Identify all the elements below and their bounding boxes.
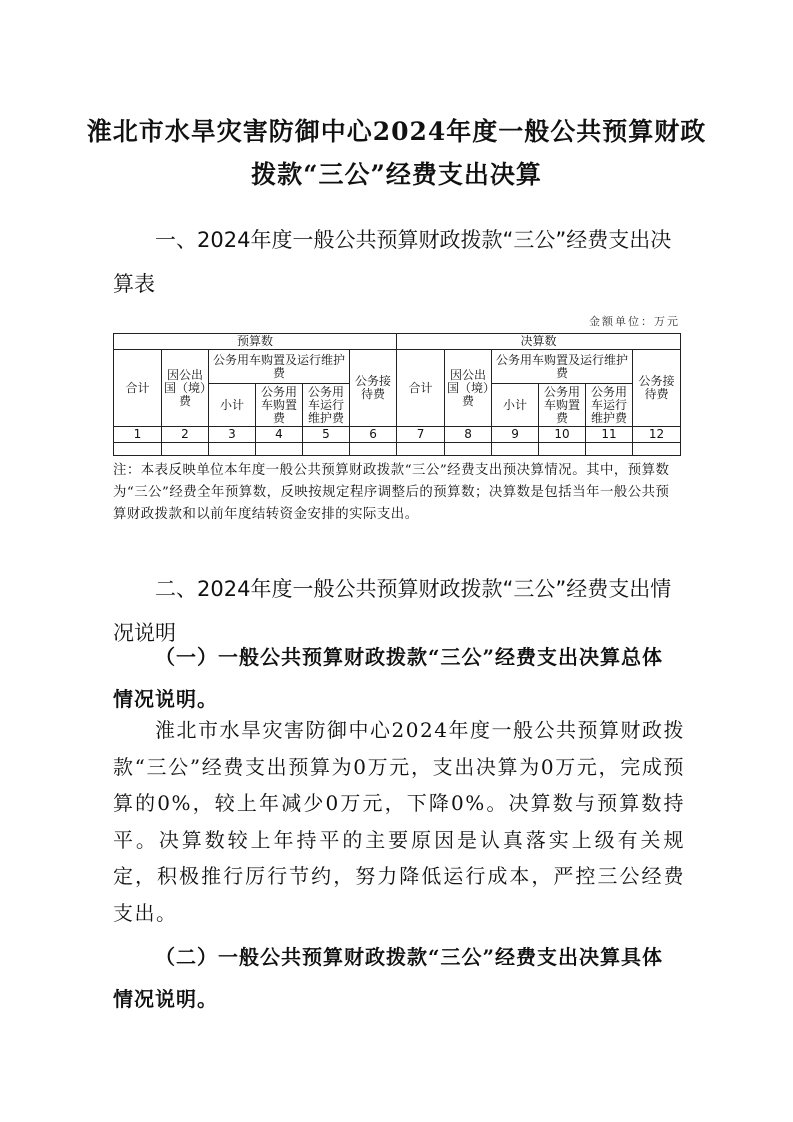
column-number: 9 (492, 427, 539, 443)
table-cell (445, 443, 492, 456)
final-vehicle-group-header: 公务用车购置及运行维护费 (492, 350, 633, 384)
column-number: 2 (162, 427, 209, 443)
final-subtotal-header: 小计 (492, 384, 539, 427)
three-public-expenses-table: 预算数 决算数 合计 因公出国（境）费 公务用车购置及运行维护费 公务接待费 合… (113, 333, 681, 456)
column-number: 7 (397, 427, 445, 443)
column-number: 1 (114, 427, 162, 443)
table-cell (397, 443, 445, 456)
table-header-row: 合计 因公出国（境）费 公务用车购置及运行维护费 公务接待费 合计 因公出国（境… (114, 350, 681, 384)
column-number: 5 (303, 427, 350, 443)
table-note: 注：本表反映单位本年度一般公共预算财政拨款“三公”经费支出预决算情况。其中，预算… (113, 460, 683, 526)
column-number: 8 (445, 427, 492, 443)
column-number: 12 (633, 427, 681, 443)
section1-heading: 一、2024年度一般公共预算财政拨款“三公”经费支出决算表 (113, 218, 683, 306)
column-number: 10 (539, 427, 586, 443)
table-cell (586, 443, 633, 456)
table-cell (633, 443, 681, 456)
final-vehicle-purchase-header: 公务用车购置费 (539, 384, 586, 427)
final-reception-header: 公务接待费 (633, 350, 681, 427)
budget-vehicle-group-header: 公务用车购置及运行维护费 (209, 350, 350, 384)
budget-vehicle-purchase-header: 公务用车购置费 (256, 384, 303, 427)
final-total-header: 合计 (397, 350, 445, 427)
table-cell (303, 443, 350, 456)
table-cell (492, 443, 539, 456)
unit-label: 金额单位：万元 (589, 313, 680, 329)
table-cell (209, 443, 256, 456)
final-group-header: 决算数 (397, 334, 681, 350)
table-group-header-row: 预算数 决算数 (114, 334, 681, 350)
column-number: 4 (256, 427, 303, 443)
table-cell (162, 443, 209, 456)
column-number: 11 (586, 427, 633, 443)
final-vehicle-operation-header: 公务用车运行维护费 (586, 384, 633, 427)
subsection1-body: 淮北市水旱灾害防御中心2024年度一般公共预算财政拨款“三公”经费支出预算为0万… (113, 712, 685, 931)
budget-total-header: 合计 (114, 350, 162, 427)
subsection2-heading: （二）一般公共预算财政拨款“三公”经费支出决算具体情况说明。 (113, 936, 683, 1020)
table-cell (350, 443, 397, 456)
final-travel-header: 因公出国（境）费 (445, 350, 492, 427)
table-data-row (114, 443, 681, 456)
document-title-line2: 拨款“三公”经费支出决算 (0, 155, 793, 191)
budget-vehicle-operation-header: 公务用车运行维护费 (303, 384, 350, 427)
budget-reception-header: 公务接待费 (350, 350, 397, 427)
subsection1-heading: （一）一般公共预算财政拨款“三公”经费支出决算总体情况说明。 (113, 636, 683, 720)
column-number-row: 1 2 3 4 5 6 7 8 9 10 11 12 (114, 427, 681, 443)
table-cell (539, 443, 586, 456)
budget-group-header: 预算数 (114, 334, 397, 350)
column-number: 6 (350, 427, 397, 443)
budget-travel-header: 因公出国（境）费 (162, 350, 209, 427)
table-cell (256, 443, 303, 456)
table-cell (114, 443, 162, 456)
budget-subtotal-header: 小计 (209, 384, 256, 427)
column-number: 3 (209, 427, 256, 443)
document-title-line1: 淮北市水旱灾害防御中心2024年度一般公共预算财政 (0, 112, 793, 148)
